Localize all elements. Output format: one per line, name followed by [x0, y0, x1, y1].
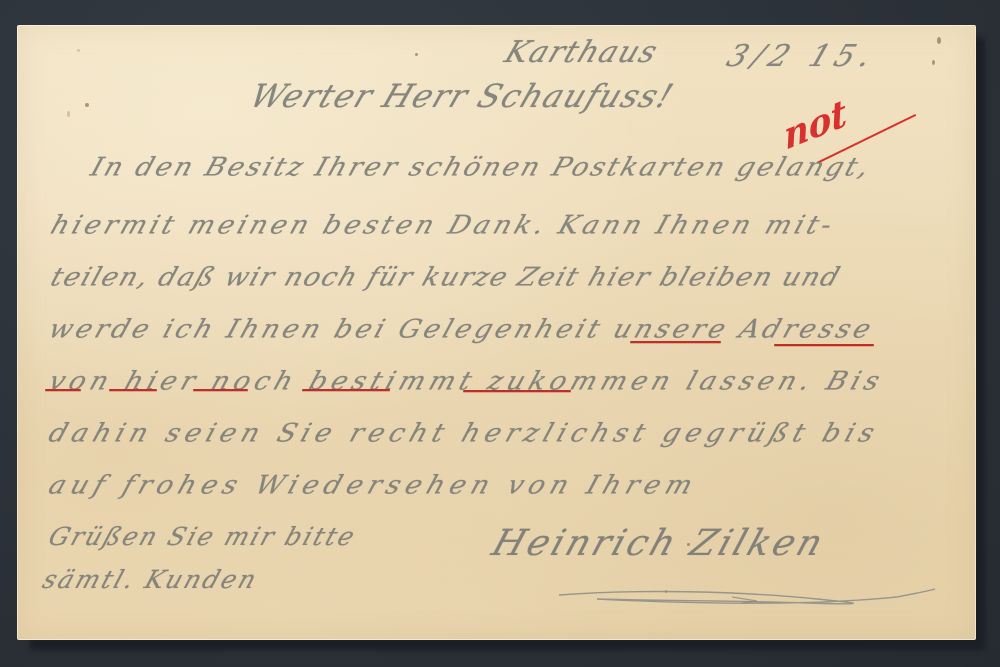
header-place: Karthaus — [500, 35, 663, 70]
red-underline-unsere — [630, 341, 721, 343]
red-underline-hier — [109, 389, 157, 391]
red-underline-zukommen — [463, 390, 571, 392]
postscript-line-2: sämtl. Kunden — [39, 565, 262, 594]
signature-flourish — [557, 587, 937, 617]
body-line-2: hiermit meinen besten Dank. Kann Ihnen m… — [47, 211, 839, 240]
body-line-6: dahin seien Sie recht herzlichst gegrüßt… — [45, 419, 883, 448]
paper-speckle — [67, 111, 70, 117]
paper-speckle — [85, 103, 89, 107]
postscript-line-1: Grüßen Sie mir bitte — [45, 522, 360, 551]
paper-speckle — [932, 60, 935, 65]
red-underline-noch — [193, 389, 248, 391]
signature: Heinrich Zilken — [487, 523, 831, 564]
paper-speckle — [77, 49, 80, 52]
red-underline-bestimmt — [302, 389, 390, 391]
body-line-7: auf frohes Wiedersehen von Ihrem — [45, 471, 702, 500]
salutation: Werter Herr Schaufuss! — [245, 77, 680, 115]
postcard: Karthaus 3/2 15. Werter Herr Schaufuss! … — [17, 25, 976, 640]
paper-speckle — [937, 37, 941, 44]
body-line-1: In den Besitz Ihrer schönen Postkarten g… — [87, 153, 875, 182]
red-underline-adresse — [774, 344, 874, 346]
red-annotation: not — [782, 91, 849, 159]
paper-speckle — [415, 53, 418, 56]
body-line-3: teilen, daß wir noch für kurze Zeit hier… — [47, 263, 845, 292]
body-line-4: werde ich Ihnen bei Gelegenheit unsere A… — [45, 315, 878, 344]
header-date: 3/2 15. — [722, 39, 882, 74]
red-underline-von — [45, 389, 81, 391]
